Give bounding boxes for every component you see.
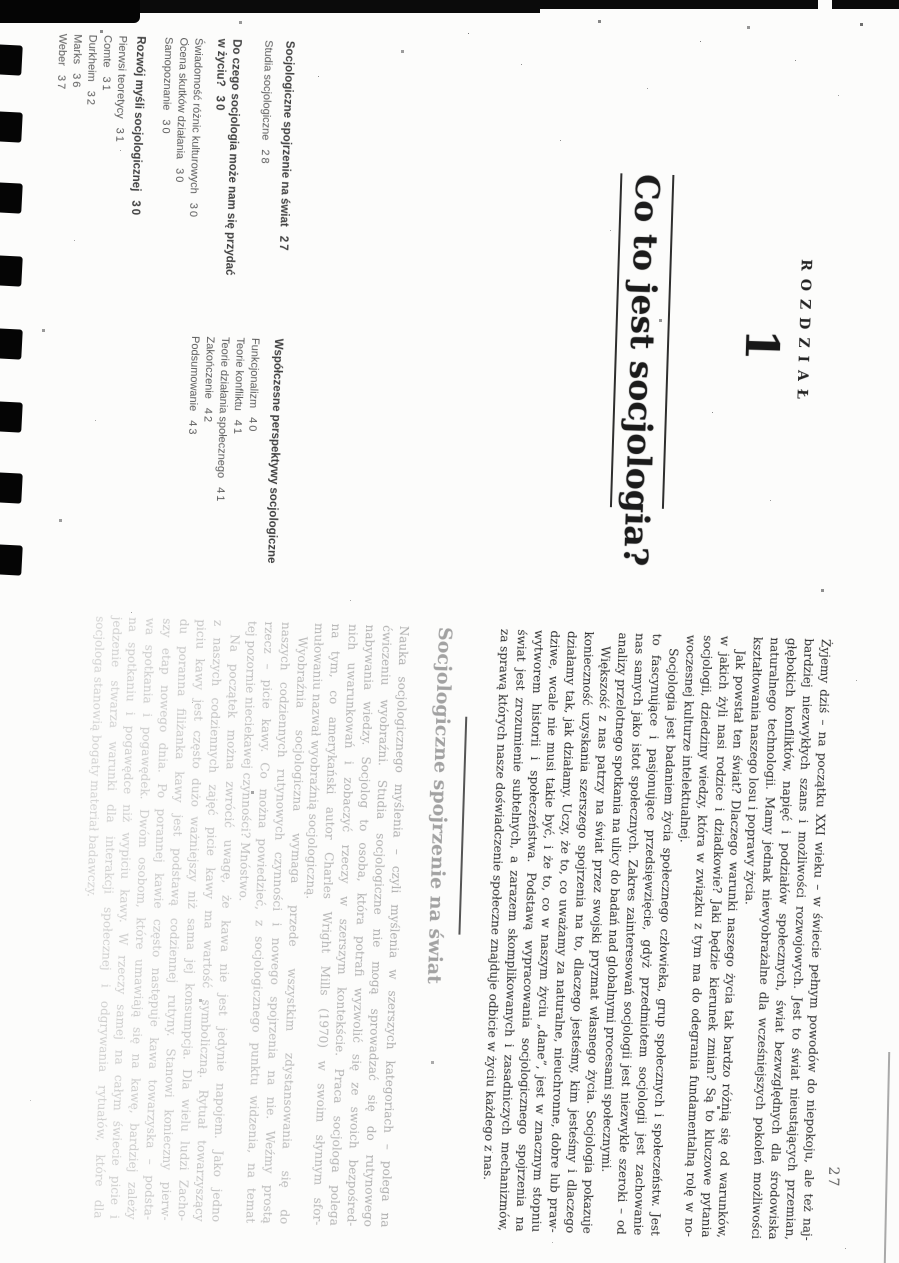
scan-edge-gap — [818, 0, 832, 10]
binding-mark — [0, 182, 23, 213]
toc-entry: Współczesne perspektywy socjologiczne — [261, 338, 285, 618]
toc-entry: Socjologiczne spojrzenie na świat27 — [273, 41, 297, 321]
toc-page-number: 30 — [129, 200, 142, 217]
chapter-title: Co to jest socjologia? — [612, 173, 672, 508]
toc-page-number: 42 — [201, 408, 214, 425]
toc-page-number: 31 — [100, 76, 113, 93]
toc-page-number: 43 — [186, 420, 199, 437]
toc-column-1: Socjologiczne spojrzenie na świat27Studi… — [46, 33, 297, 320]
rotated-page-sheet: ROZDZIAŁ 1 Co to jest socjologia? Socjol… — [0, 0, 899, 1262]
scan-noise-speckles — [0, 0, 1, 1]
section-text-block: Nauka socjologicznego myślenia – czyli m… — [72, 616, 412, 1228]
section-heading-rule — [458, 717, 467, 935]
toc-page-number: 30 — [173, 168, 186, 185]
toc-page-number: 28 — [258, 149, 271, 166]
binding-mark — [0, 328, 23, 359]
toc-page-number: 41 — [214, 487, 227, 504]
toc-page-number: 30 — [187, 203, 200, 220]
toc-page-number: 27 — [277, 236, 290, 253]
binding-mark — [0, 255, 23, 286]
binding-mark — [0, 111, 23, 142]
binding-mark — [0, 472, 23, 503]
scan-corner-blob — [0, 0, 140, 23]
toc-page-number: 37 — [55, 75, 68, 92]
toc-page-number: 32 — [84, 91, 97, 108]
chapter-number: 1 — [739, 328, 786, 361]
toc-page-number: 31 — [113, 128, 126, 145]
section-heading: Socjologiczne spojrzenie na świat — [423, 627, 456, 985]
toc-column-2: Współczesne perspektywy socjologiczneFun… — [178, 336, 285, 619]
binding-mark — [0, 544, 23, 575]
intro-text-block: Żyjemy dziś – na początku XXI wieku – w … — [477, 629, 834, 1241]
toc-entry: Studia socjologiczne28 — [252, 40, 276, 320]
binding-mark — [0, 401, 23, 432]
scanned-book-page: { "document": { "page_number": "27", "ch… — [0, 0, 899, 1263]
page-edge-shadow — [884, 1052, 890, 1263]
chapter-title-block: Co to jest socjologia? — [610, 173, 674, 509]
toc-page-number: 36 — [70, 73, 83, 90]
toc-page-number: 40 — [246, 417, 259, 434]
chapter-label: ROZDZIAŁ — [793, 259, 814, 407]
page-number: 27 — [825, 1166, 842, 1188]
binding-mark — [0, 44, 23, 75]
toc-page-number: 41 — [231, 420, 244, 437]
toc-page-number: 30 — [159, 119, 172, 136]
toc-page-number: 30 — [213, 95, 226, 112]
